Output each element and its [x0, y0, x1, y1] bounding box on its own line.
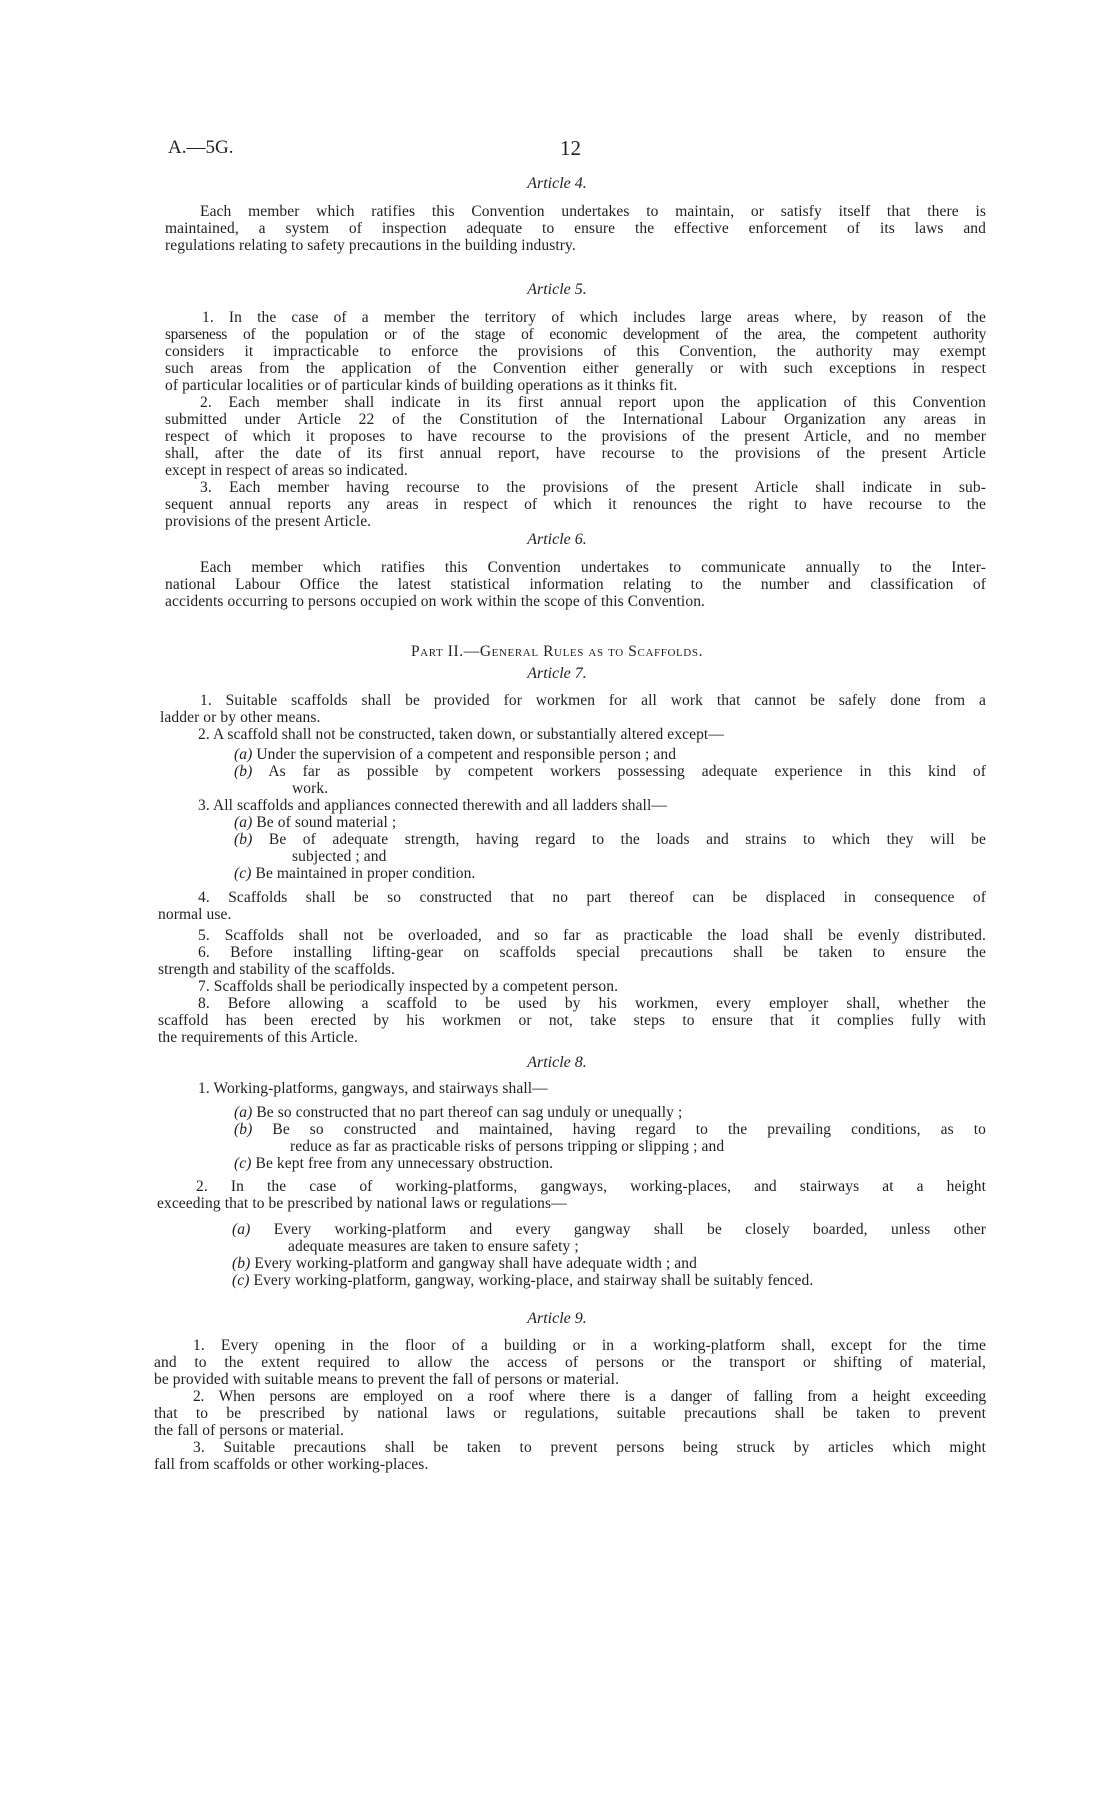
article-6-line: Each member which ratifies this Conventi… [200, 559, 986, 576]
clause-text: Be maintained in proper condition. [256, 865, 476, 882]
clause-text: Be of sound material ; [256, 814, 396, 831]
article-8-line: 2. In the case of working-platforms, gan… [196, 1178, 986, 1195]
clause-marker: (c) [234, 1155, 252, 1172]
article-8-clause-b: (b) Be so constructed and maintained, ha… [234, 1121, 986, 1138]
article-7-line: normal use. [158, 906, 231, 923]
article-5-line: provisions of the present Article. [165, 513, 371, 530]
article-7-line: the requirements of this Article. [158, 1029, 358, 1046]
clause-marker: (b) [232, 1255, 250, 1272]
article-7-clause-a: (a) Be of sound material ; [234, 814, 396, 831]
article-5-line: respect of which it proposes to have rec… [165, 428, 986, 445]
clause-marker: (a) [234, 746, 252, 763]
page-number: 12 [560, 136, 581, 161]
clause-text: Be of adequate strength, having regard t… [269, 831, 986, 848]
article-5-line: except in respect of areas so indicated. [165, 462, 408, 479]
article-5-line: of particular localities or of particula… [165, 377, 677, 394]
article-5-line: such areas from the application of the C… [165, 360, 986, 377]
clause-text: Every working-platform and gangway shall… [254, 1255, 697, 1272]
clause-text: Every working-platform and every gangway… [274, 1221, 986, 1238]
article-4-line: regulations relating to safety precautio… [165, 237, 576, 254]
document-reference: A.—5G. [168, 137, 233, 159]
article-9-line: be provided with suitable means to preve… [154, 1371, 619, 1388]
article-8-clause-c: (c) Every working-platform, gangway, wor… [232, 1272, 813, 1289]
article-7-line: strength and stability of the scaffolds. [158, 961, 395, 978]
article-7-line: 1. Suitable scaffolds shall be provided … [200, 692, 986, 709]
clause-marker: (a) [232, 1221, 250, 1238]
article-8-clause-c: (c) Be kept free from any unnecessary ob… [234, 1155, 553, 1172]
clause-text: Be so constructed and maintained, having… [272, 1121, 986, 1138]
part-2-heading: Part II.—General Rules as to Scaffolds. [0, 643, 1114, 661]
clause-marker: (b) [234, 831, 252, 848]
article-9-line: 1. Every opening in the floor of a build… [193, 1337, 986, 1354]
article-8-clause-b: (b) Every working-platform and gangway s… [232, 1255, 697, 1272]
article-8-line: reduce as far as practicable risks of pe… [290, 1138, 724, 1155]
article-7-clause-a: (a) Under the supervision of a competent… [234, 746, 676, 763]
article-7-line: 2. A scaffold shall not be constructed, … [198, 726, 724, 743]
article-4-line: maintained, a system of inspection adequ… [165, 220, 986, 237]
clause-marker: (b) [234, 763, 252, 780]
article-5-line: shall, after the date of its first annua… [165, 445, 986, 462]
article-4-line: Each member which ratifies this Conventi… [200, 203, 986, 220]
article-7-line: ladder or by other means. [160, 709, 320, 726]
article-4-heading: Article 4. [0, 175, 1114, 193]
article-7-clause-b: (b) Be of adequate strength, having rega… [234, 831, 986, 848]
article-5-line: 3. Each member having recourse to the pr… [200, 479, 986, 496]
article-7-line: subjected ; and [292, 848, 386, 865]
article-7-line: 6. Before installing lifting-gear on sca… [198, 944, 986, 961]
article-8-heading: Article 8. [0, 1054, 1114, 1072]
document-page: A.—5G. 12 Article 4. Each member which r… [0, 0, 1114, 1819]
article-5-line: sparseness of the population or of the s… [165, 326, 986, 343]
article-7-line: scaffold has been erected by his workmen… [158, 1012, 986, 1029]
clause-text: Every working-platform, gangway, working… [254, 1272, 814, 1289]
article-7-clause-b: (b) As far as possible by competent work… [234, 763, 986, 780]
article-9-line: the fall of persons or material. [154, 1422, 344, 1439]
clause-marker: (a) [234, 1104, 252, 1121]
article-5-line: 2. Each member shall indicate in its fir… [200, 394, 986, 411]
article-7-line: 7. Scaffolds shall be periodically inspe… [198, 978, 618, 995]
article-5-line: 1. In the case of a member the territory… [202, 309, 986, 326]
article-7-line: 3. All scaffolds and appliances connecte… [198, 797, 667, 814]
clause-marker: (b) [234, 1121, 252, 1138]
article-7-clause-c: (c) Be maintained in proper condition. [234, 865, 475, 882]
article-9-line: 3. Suitable precautions shall be taken t… [193, 1439, 986, 1456]
clause-marker: (c) [232, 1272, 250, 1289]
article-6-heading: Article 6. [0, 531, 1114, 549]
article-8-line: exceeding that to be prescribed by natio… [157, 1195, 567, 1212]
clause-text: Under the supervision of a competent and… [256, 746, 676, 763]
article-8-clause-a: (a) Be so constructed that no part there… [234, 1104, 682, 1121]
article-7-line: 8. Before allowing a scaffold to be used… [198, 995, 986, 1012]
article-9-heading: Article 9. [0, 1310, 1114, 1328]
article-9-line: 2. When persons are employed on a roof w… [193, 1388, 986, 1405]
article-5-line: considers it impracticable to enforce th… [165, 343, 986, 360]
article-5-line: submitted under Article 22 of the Consti… [165, 411, 986, 428]
clause-marker: (a) [234, 814, 252, 831]
article-9-line: that to be prescribed by national laws o… [154, 1405, 986, 1422]
article-5-line: sequent annual reports any areas in resp… [165, 496, 986, 513]
article-5-heading: Article 5. [0, 281, 1114, 299]
article-9-line: fall from scaffolds or other working-pla… [154, 1456, 428, 1473]
article-8-line: adequate measures are taken to ensure sa… [288, 1238, 579, 1255]
article-6-line: accidents occurring to persons occupied … [165, 593, 705, 610]
clause-text: Be so constructed that no part thereof c… [256, 1104, 682, 1121]
article-7-line: 4. Scaffolds shall be so constructed tha… [198, 889, 986, 906]
clause-text: As far as possible by competent workers … [268, 763, 986, 780]
article-6-line: national Labour Office the latest statis… [165, 576, 986, 593]
article-9-line: and to the extent required to allow the … [154, 1354, 986, 1371]
article-8-line: 1. Working-platforms, gangways, and stai… [198, 1080, 548, 1097]
article-7-line: 5. Scaffolds shall not be overloaded, an… [198, 927, 986, 944]
article-7-line: work. [292, 780, 328, 797]
clause-marker: (c) [234, 865, 252, 882]
article-7-heading: Article 7. [0, 665, 1114, 683]
clause-text: Be kept free from any unnecessary obstru… [256, 1155, 554, 1172]
article-8-clause-a: (a) Every working-platform and every gan… [232, 1221, 986, 1238]
